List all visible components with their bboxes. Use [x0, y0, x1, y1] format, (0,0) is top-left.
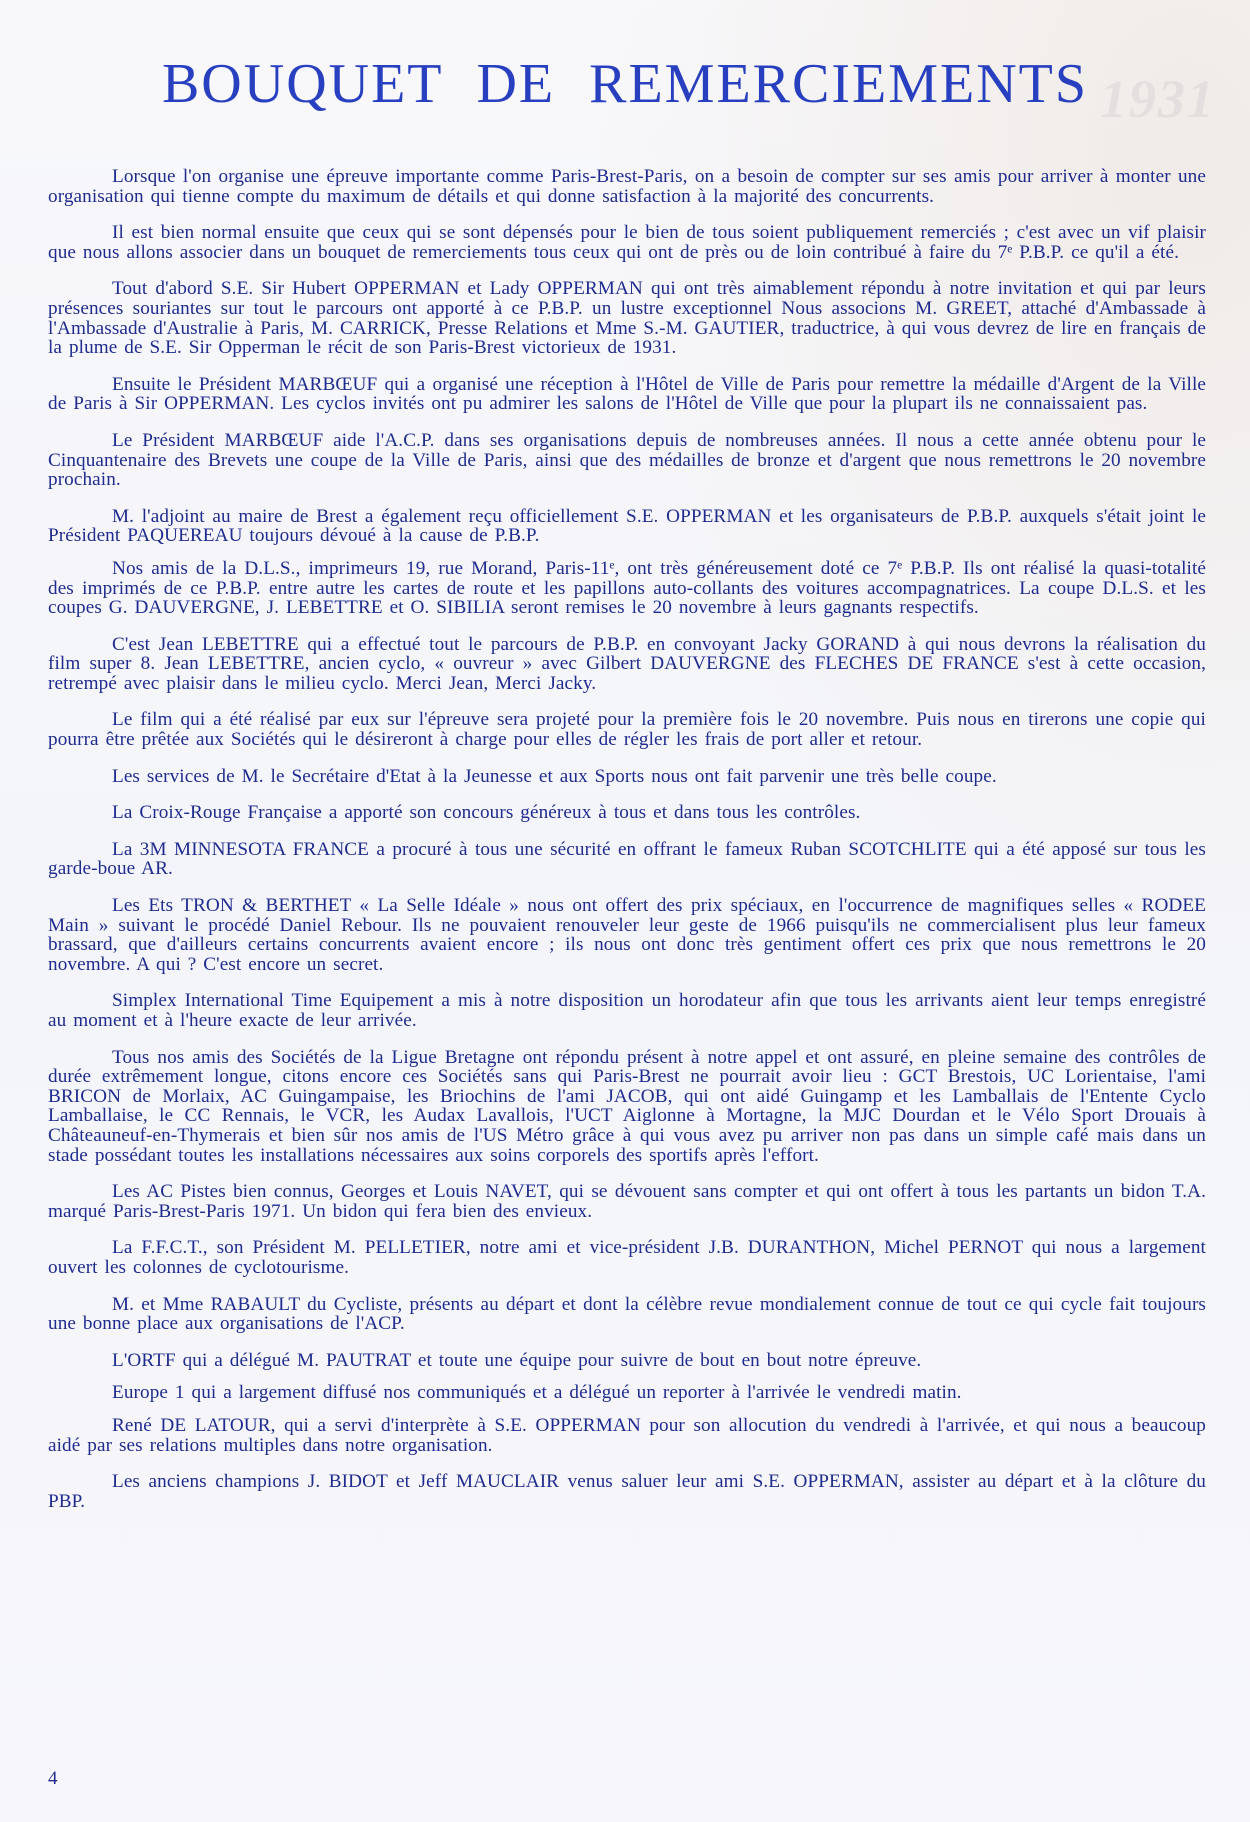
paragraph-opperman: Tout d'abord S.E. Sir Hubert OPPERMAN et… — [48, 279, 1206, 357]
article-body: Lorsque l'on organise une épreuve import… — [48, 167, 1206, 1528]
paragraph-film: Le film qui a été réalisé par eux sur l'… — [48, 710, 1206, 749]
paragraph-brest-mayor: M. l'adjoint au maire de Brest a égaleme… — [48, 507, 1206, 546]
paragraph-marboeuf-acp: Le Président MARBŒUF aide l'A.C.P. dans … — [48, 431, 1206, 490]
paragraph-red-cross: La Croix-Rouge Française a apporté son c… — [48, 803, 1206, 823]
paragraph-de-latour: René DE LATOUR, qui a servi d'interprète… — [48, 1416, 1206, 1455]
paragraph-champions: Les anciens champions J. BIDOT et Jeff M… — [48, 1472, 1206, 1511]
paragraph-rabault: M. et Mme RABAULT du Cycliste, présents … — [48, 1295, 1206, 1334]
paragraph-ortf: L'ORTF qui a délégué M. PAUTRAT et toute… — [48, 1351, 1206, 1371]
paragraph-marboeuf-reception: Ensuite le Président MARBŒUF qui a organ… — [48, 375, 1206, 414]
page-title: BOUQUET DE REMERCIEMENTS — [0, 52, 1250, 116]
paragraph-europe1: Europe 1 qui a largement diffusé nos com… — [48, 1383, 1206, 1403]
paragraph-dls-printers: Nos amis de la D.L.S., imprimeurs 19, ru… — [48, 559, 1206, 618]
paragraph-lebettre: C'est Jean LEBETTRE qui a effectué tout … — [48, 635, 1206, 694]
page-number: 4 — [48, 1768, 58, 1790]
paragraph-ac-pistes: Les AC Pistes bien connus, Georges et Lo… — [48, 1182, 1206, 1221]
paragraph-intro: Lorsque l'on organise une épreuve import… — [48, 167, 1206, 206]
paragraph-tron-berthet: Les Ets TRON & BERTHET « La Selle Idéale… — [48, 896, 1206, 974]
paragraph-ligue-bretagne: Tous nos amis des Sociétés de la Ligue B… — [48, 1048, 1206, 1166]
paragraph-3m: La 3M MINNESOTA FRANCE a procuré à tous … — [48, 840, 1206, 879]
paragraph-simplex: Simplex International Time Equipement a … — [48, 991, 1206, 1030]
paragraph-secretary-state: Les services de M. le Secrétaire d'Etat … — [48, 767, 1206, 787]
paragraph-thanks-purpose: Il est bien normal ensuite que ceux qui … — [48, 223, 1206, 262]
paragraph-ffct: La F.F.C.T., son Président M. PELLETIER,… — [48, 1238, 1206, 1277]
scanned-page: 1931 BOUQUET DE REMERCIEMENTS Lorsque l'… — [0, 0, 1250, 1822]
